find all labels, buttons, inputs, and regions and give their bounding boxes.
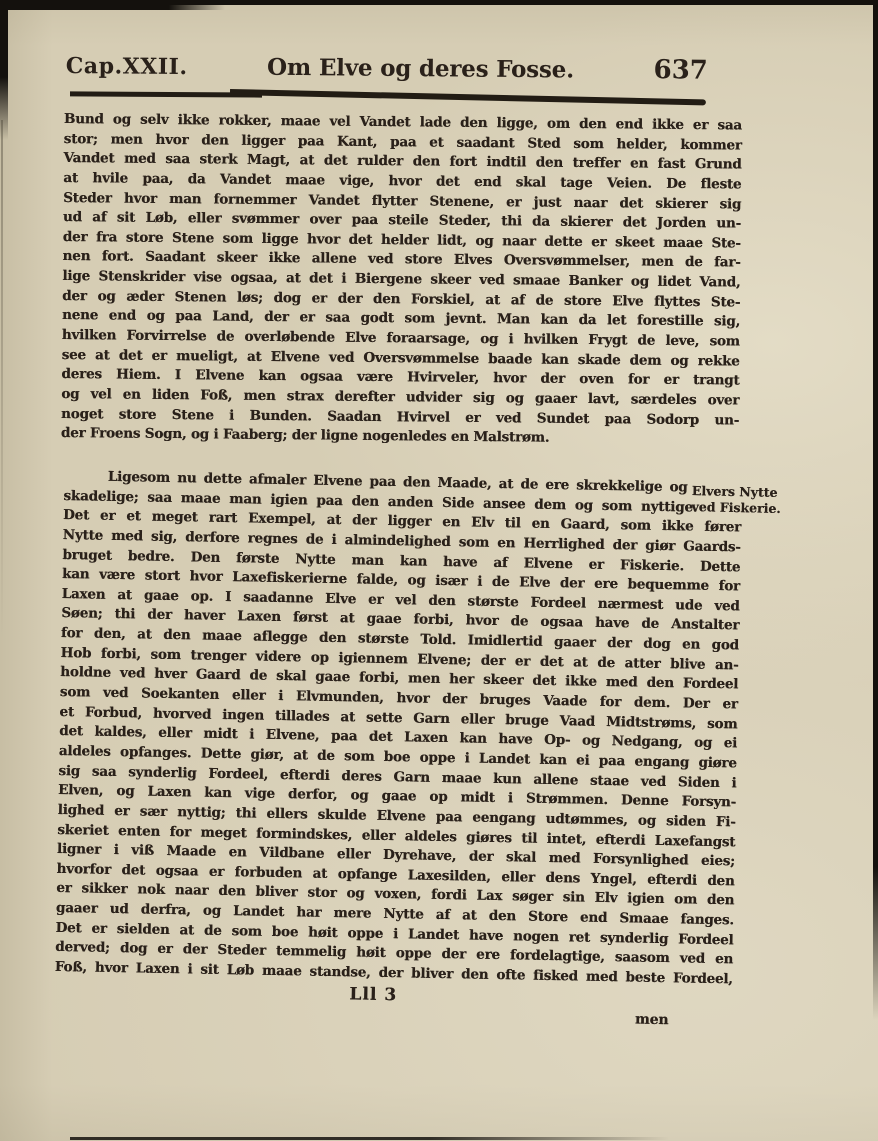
book-page-scan: Cap.XXII. Om Elve og deres Fosse. 637 Bu…	[0, 0, 878, 1141]
scan-edge-left-faint	[1, 120, 3, 640]
margin-note-line-2: ved Fiskerie.	[691, 499, 831, 518]
body-paragraph-2: Ligesom nu dette afmaler Elvene paa den …	[54, 467, 742, 1030]
paragraph-2-lines: Ligesom nu dette afmaler Elvene paa den …	[55, 467, 742, 990]
scan-edge-top-left-thick	[0, 0, 225, 10]
scan-edge-left	[0, 0, 8, 140]
body-paragraph-1: Bund og selv ikke rokker, maae vel Vande…	[61, 110, 742, 450]
margin-note: Elvers Nytte ved Fiskerie.	[691, 483, 832, 518]
page-header: Cap.XXII. Om Elve og deres Fosse. 637	[66, 50, 708, 86]
page-number: 637	[653, 55, 708, 85]
header-rule-main-segment	[230, 89, 706, 105]
running-title: Om Elve og deres Fosse.	[267, 54, 574, 84]
chapter-heading: Cap.XXII.	[66, 53, 188, 80]
scan-edge-bottom	[70, 1137, 670, 1140]
scan-edge-right	[873, 0, 878, 1020]
